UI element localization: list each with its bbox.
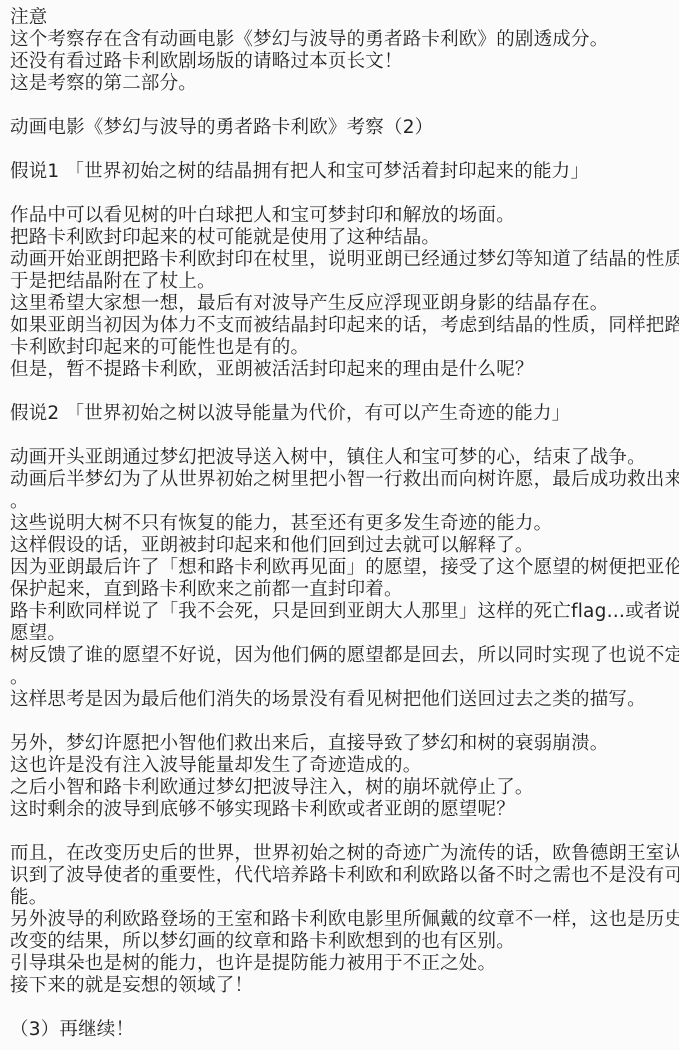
document-page: 注意 这个考察存在含有动画电影《梦幻与波导的勇者路卡利欧》的剧透成分。 还没有看… xyxy=(0,0,679,1050)
article-title: 动画电影《梦幻与波导的勇者路卡利欧》考察（2） xyxy=(10,117,675,139)
hypothesis-2-body: 动画开头亚朗通过梦幻把波导送入树中，镇住人和宝可梦的心，结束了战争。 动画后半梦… xyxy=(10,447,675,711)
history-change-paragraph: 而且，在改变历史后的世界，世界初始之树的奇迹广为流传的话，欧鲁德朗王室认 识到了… xyxy=(10,843,675,997)
hypothesis-2-heading: 假说2 「世界初始之树以波导能量为代价，有可以产生奇迹的能力」 xyxy=(10,403,675,425)
hypothesis-1-heading: 假说1 「世界初始之树的结晶拥有把人和宝可梦活着封印起来的能力」 xyxy=(10,161,675,183)
hypothesis-1-body: 作品中可以看见树的叶白球把人和宝可梦封印和解放的场面。 把路卡利欧封印起来的杖可… xyxy=(10,205,675,381)
closing-line: （3）再继续！ xyxy=(10,1019,675,1041)
spoiler-notice: 注意 这个考察存在含有动画电影《梦幻与波导的勇者路卡利欧》的剧透成分。 还没有看… xyxy=(10,7,675,95)
aftermath-paragraph: 另外，梦幻许愿把小智他们救出来后，直接导致了梦幻和树的衰弱崩溃。 这也许是没有注… xyxy=(10,733,675,821)
